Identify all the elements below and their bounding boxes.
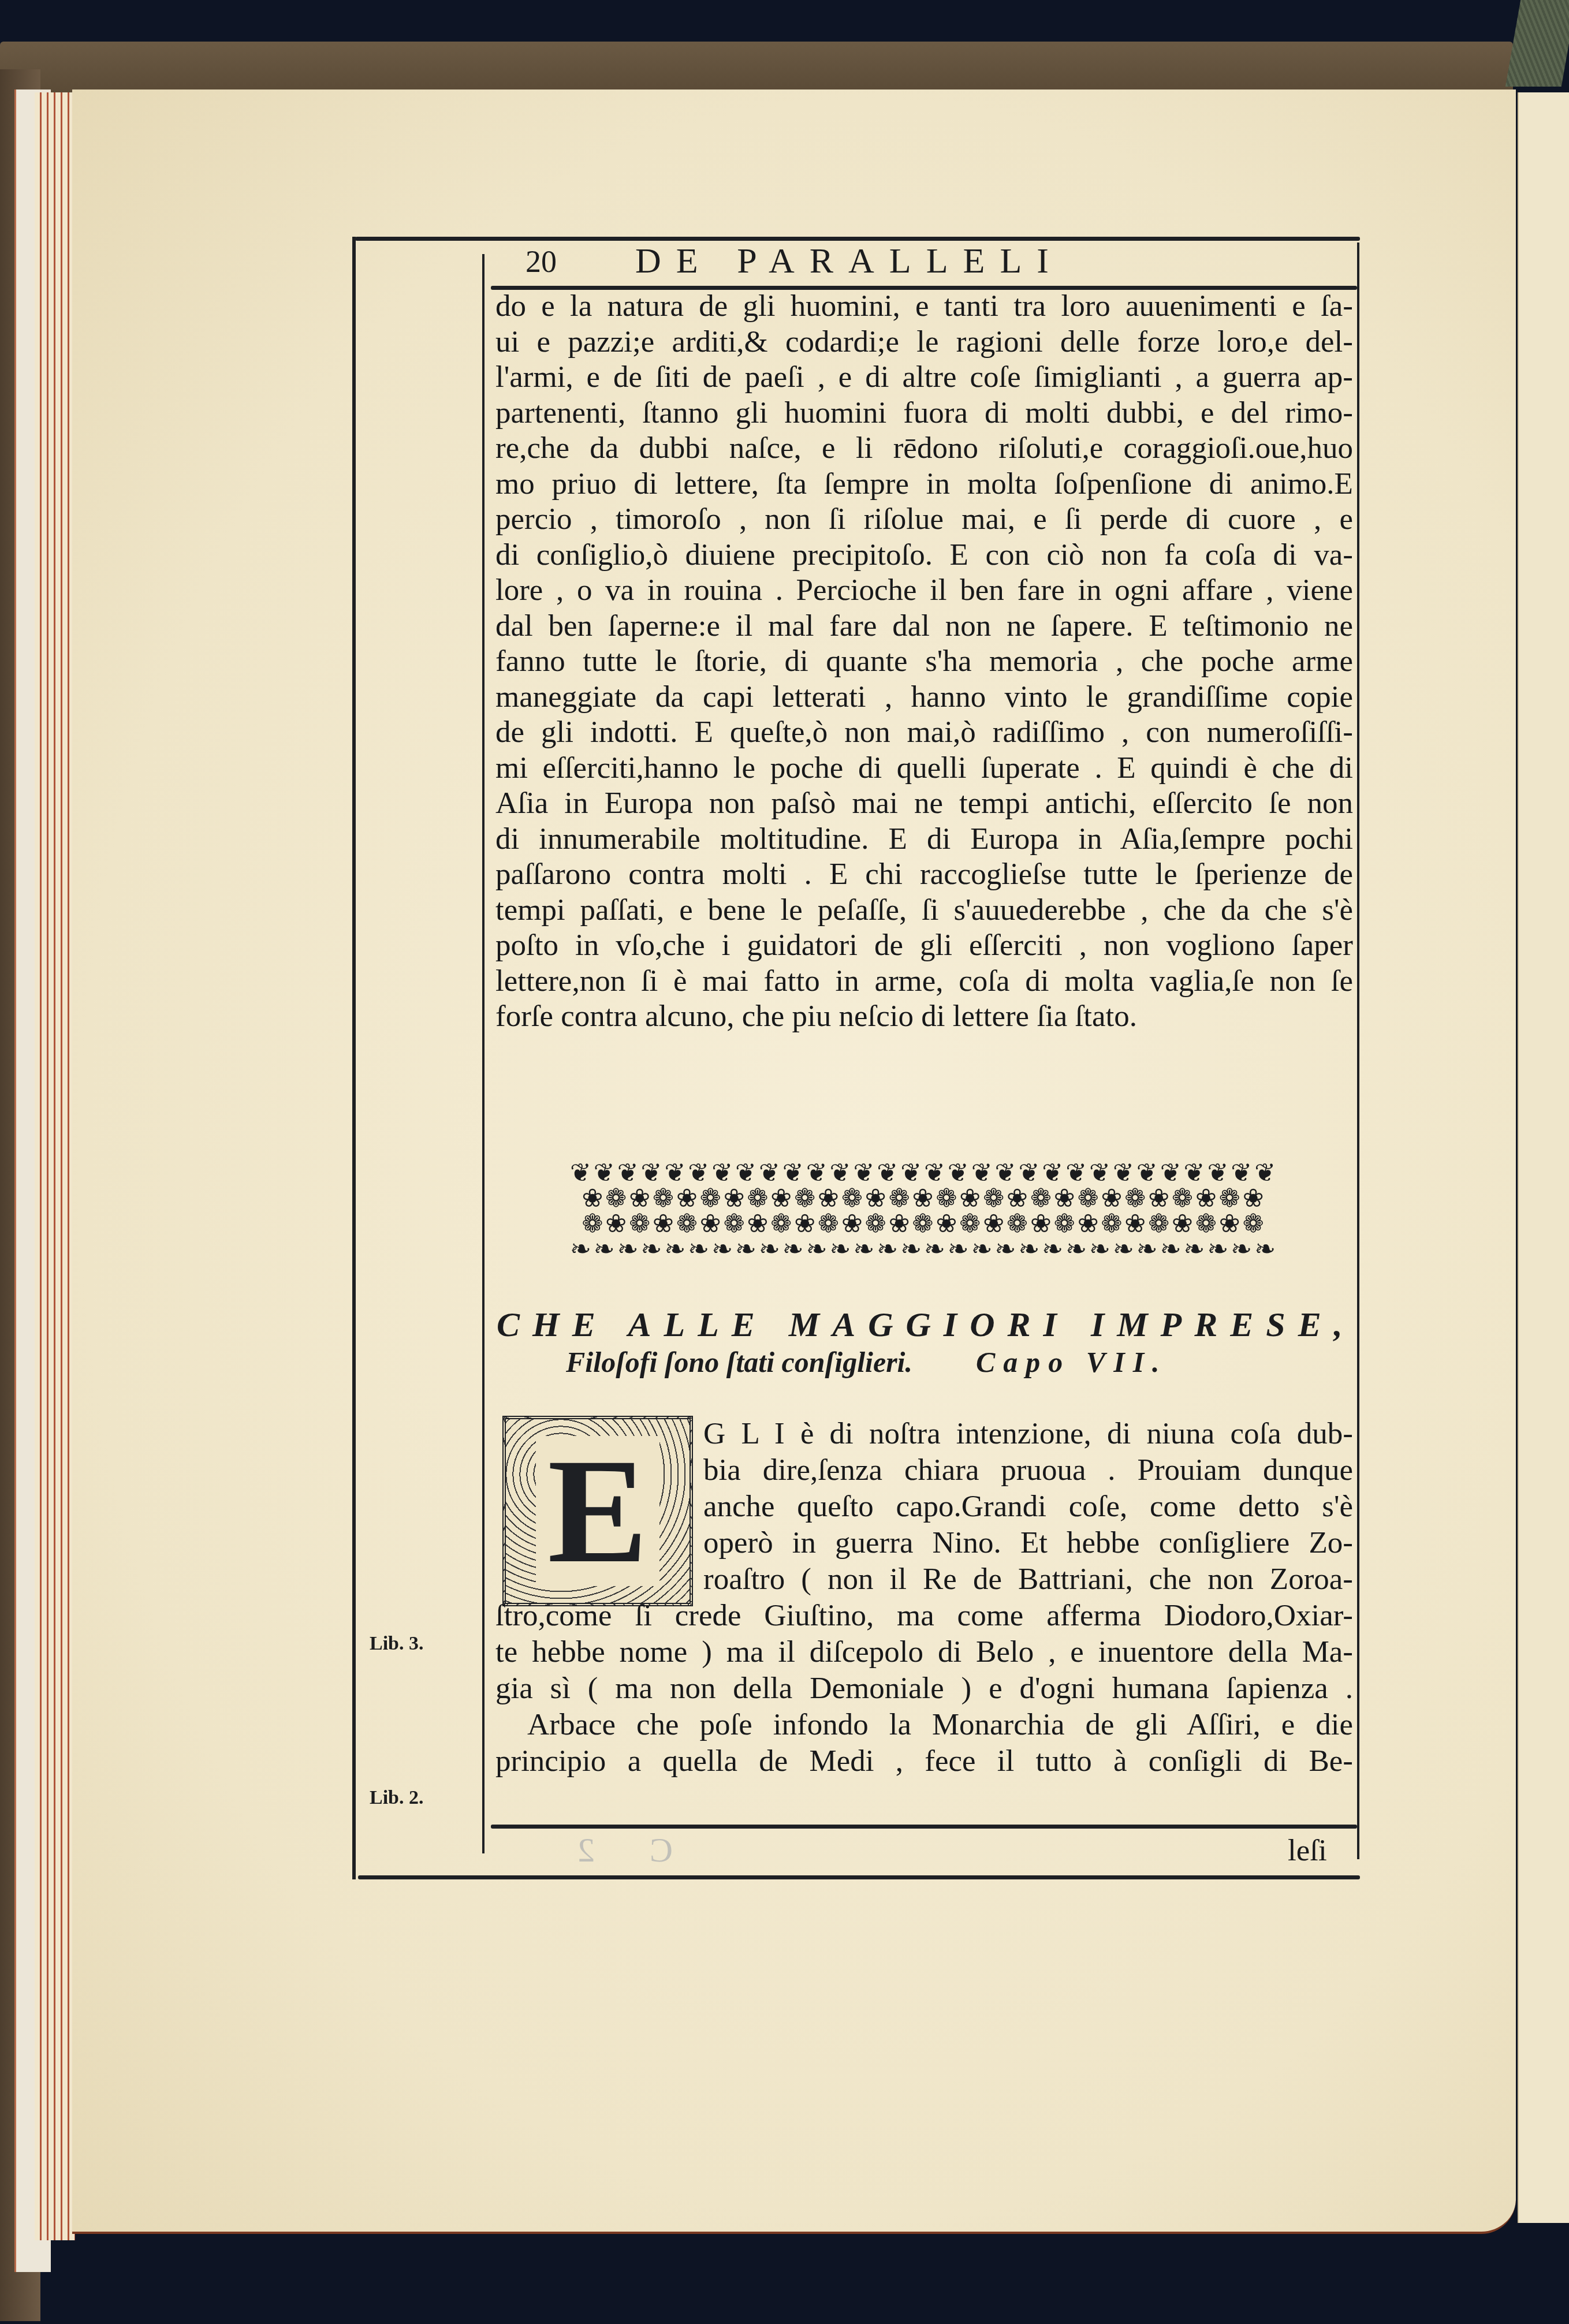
page-number: 20 bbox=[491, 244, 635, 279]
chapter-title: CHE ALLE MAGGIORI IMPRESE, bbox=[497, 1305, 1351, 1345]
text-line: de gli indotti. E queſte,ò non mai,ò rad… bbox=[495, 715, 1353, 751]
text-line: do e la natura de gli huomini, e tanti t… bbox=[495, 289, 1353, 324]
inner-left-rule bbox=[482, 254, 485, 1853]
text-line: di innumerabile moltitudine. E di Europa… bbox=[495, 822, 1353, 857]
text-line: lettere,non ſi è mai fatto in arme, coſa… bbox=[495, 964, 1353, 999]
text-line: mo priuo di lettere, ſta ſempre in molta… bbox=[495, 467, 1353, 502]
text-bottom-rule bbox=[491, 1825, 1357, 1829]
text-line: ſtro,come ſi crede Giuſtino, ma come aff… bbox=[495, 1598, 1353, 1634]
text-line: anche queſto capo.Grandi coſe, come dett… bbox=[495, 1489, 1353, 1525]
ornament-row: ❁❀❁❀❁❀❁❀❁❀❁❀❁❀❁❀❁❀❁❀❁❀❁❀❁❀❁❀❁ bbox=[497, 1211, 1351, 1237]
bottom-rule bbox=[358, 1875, 1360, 1879]
inner-right-rule bbox=[1357, 243, 1359, 1859]
page-edges-stack bbox=[35, 92, 75, 2240]
text-line: paſſarono contra molti . E chi raccoglie… bbox=[495, 857, 1353, 893]
text-line: operò in guerra Nino. Et hebbe conſiglie… bbox=[495, 1525, 1353, 1561]
text-line: mi eſſerciti,hanno le poche di quelli ſu… bbox=[495, 751, 1353, 786]
body-text: do e la natura de gli huomini, e tanti t… bbox=[495, 289, 1353, 1035]
text-line: dal ben ſaperne:e il mal fare dal non ne… bbox=[495, 609, 1353, 644]
text-line: fanno tutte le ſtorie, di quante s'ha me… bbox=[495, 644, 1353, 680]
ornament-row: ❀❁❀❁❀❁❀❁❀❁❀❁❀❁❀❁❀❁❀❁❀❁❀❁❀❁❀❁❀ bbox=[497, 1186, 1351, 1211]
chapter-text: G L I è di noſtra intenzione, di niuna c… bbox=[495, 1416, 1353, 1780]
chapter-number: Capo VII. bbox=[976, 1345, 1168, 1379]
text-line: principio a quella de Medi , fece il tut… bbox=[495, 1743, 1353, 1780]
text-line: lore , o va in rouina . Percioche il ben… bbox=[495, 573, 1353, 609]
bookmark-ribbon bbox=[1505, 0, 1569, 87]
text-line: ui e pazzi;e arditi,& codardi;e le ragio… bbox=[495, 324, 1353, 360]
ornament-row: ❦❦❦❦❦❦❦❦❦❦❦❦❦❦❦❦❦❦❦❦❦❦❦❦❦❦❦❦❦❦ bbox=[497, 1161, 1351, 1186]
book-cover-top-edge bbox=[0, 42, 1513, 94]
text-line: roaſtro ( non il Re de Battriani, che no… bbox=[495, 1561, 1353, 1598]
text-line: di conſiglio,ò diuiene precipitoſo. E co… bbox=[495, 538, 1353, 573]
text-line: partenenti, ſtanno gli huomini fuora di … bbox=[495, 396, 1353, 431]
decorative-ornament-band: ❦❦❦❦❦❦❦❦❦❦❦❦❦❦❦❦❦❦❦❦❦❦❦❦❦❦❦❦❦❦ ❀❁❀❁❀❁❀❁❀… bbox=[497, 1161, 1351, 1262]
text-line: te hebbe nome ) ma il diſcepolo di Belo … bbox=[495, 1634, 1353, 1670]
text-line: gia sì ( ma non della Demoniale ) e d'og… bbox=[495, 1670, 1353, 1707]
bleed-through-signature: C 2 bbox=[554, 1830, 673, 1870]
chapter-subtitle: Filoſofi ſono ſtati conſiglieri. bbox=[497, 1346, 912, 1378]
text-line: percio , timoroſo , non ſi riſolue mai, … bbox=[495, 502, 1353, 538]
text-line: poſto in vſo,che i guidatori de gli eſſe… bbox=[495, 928, 1353, 964]
page-header: 20 DE PARALLELI bbox=[491, 234, 1357, 289]
text-line: Arbace che poſe infondo la Monarchia de … bbox=[495, 1707, 1353, 1743]
text-line: tempi paſſati, e bene le peſaſſe, ſi s'a… bbox=[495, 893, 1353, 928]
text-line: maneggiate da capi letterati , hanno vin… bbox=[495, 680, 1353, 715]
text-line: G L I è di noſtra intenzione, di niuna c… bbox=[495, 1416, 1353, 1452]
text-line: bia dire,ſenza chiara pruoua . Prouiam d… bbox=[495, 1452, 1353, 1489]
ornament-row: ❧❧❧❧❧❧❧❧❧❧❧❧❧❧❧❧❧❧❧❧❧❧❧❧❧❧❧❧❧❧ bbox=[497, 1237, 1351, 1262]
text-line: l'armi, e de ſiti de paeſi , e di altre … bbox=[495, 360, 1353, 396]
text-line: re,che da dubbi naſce, e li rēdono riſol… bbox=[495, 431, 1353, 467]
catchword: leſi bbox=[1288, 1833, 1327, 1868]
facing-page-edge bbox=[1518, 92, 1569, 2223]
running-title: DE PARALLELI bbox=[635, 241, 1064, 282]
chapter-subtitle-row: Filoſofi ſono ſtati conſiglieri. Capo VI… bbox=[497, 1345, 1351, 1379]
text-line: Aſia in Europa non paſsò mai ne tempi an… bbox=[495, 786, 1353, 822]
marginal-note: Lib. 2. bbox=[370, 1787, 424, 1809]
marginal-note: Lib. 3. bbox=[370, 1633, 424, 1655]
text-line: forſe contra alcuno, che piu neſcio di l… bbox=[495, 999, 1353, 1035]
